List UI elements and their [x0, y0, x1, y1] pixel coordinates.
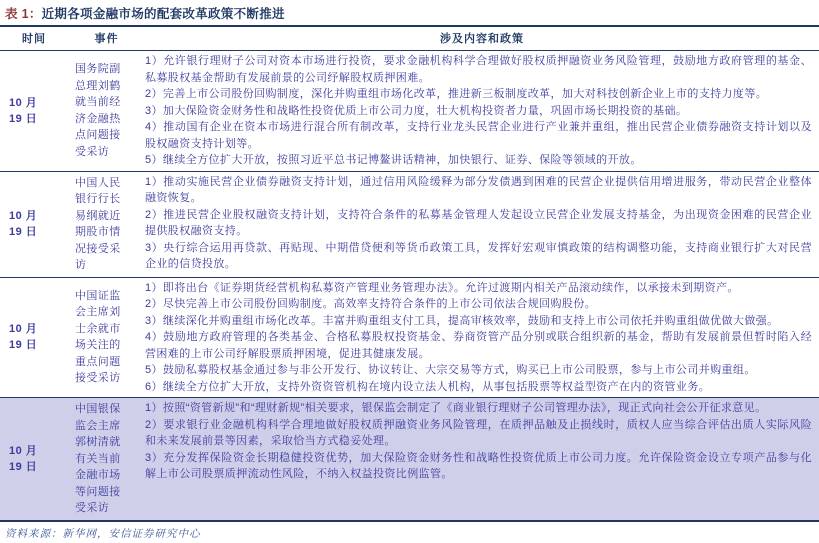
policy-item: 4）鼓励地方政府管理的各类基金、合格私募股权投资基金、券商资管产品分别或联合组织…: [145, 329, 812, 362]
table-header-row: 时间 事件 涉及内容和政策: [0, 27, 819, 51]
table-title: 表 1：近期各项金融市场的配套改革政策不断推进: [0, 0, 819, 27]
header-content: 涉及内容和政策: [145, 30, 819, 46]
event-text: 中国人民银行行长易纲就近期股市情况接受采访: [75, 175, 123, 274]
time-cell: 10 月 19 日: [0, 398, 68, 520]
time-month: 10 月: [9, 443, 68, 459]
policy-item: 3）充分发挥保险资金长期稳健投资优势，加大保险资金财务性和战略性投资优质上市公司…: [145, 450, 812, 483]
header-time: 时间: [0, 30, 68, 46]
time-month: 10 月: [9, 95, 68, 111]
policy-item: 2）推进民营企业股权融资支持计划，支持符合条件的私募基金管理人发起设立民营企业发…: [145, 207, 812, 240]
policy-item: 6）继续全方位扩大开放，支持外资资管机构在境内设立法人机构，从事包括股票等权益型…: [145, 379, 812, 396]
time-cell: 10 月 19 日: [0, 172, 68, 277]
source-note: 资料来源：新华网，安信证券研究中心: [0, 522, 819, 541]
event-cell: 中国证监会主席刘士余就市场关注的重点问题接受采访: [68, 278, 145, 398]
event-text: 国务院副总理刘鹤就当前经济金融热点问题接受采访: [75, 61, 123, 160]
header-event: 事件: [68, 30, 145, 46]
event-cell: 中国银保监会主席郭树清就有关当前金融市场等问题接受采访: [68, 398, 145, 520]
event-cell: 中国人民银行行长易纲就近期股市情况接受采访: [68, 172, 145, 277]
table-row: 10 月 19 日 中国证监会主席刘士余就市场关注的重点问题接受采访 1）即将出…: [0, 278, 819, 399]
time-cell: 10 月 19 日: [0, 278, 68, 398]
event-cell: 国务院副总理刘鹤就当前经济金融热点问题接受采访: [68, 51, 145, 171]
policy-item: 3）加大保险资金财务性和战略性投资优质上市公司力度，壮大机构投资者力量，巩固市场…: [145, 103, 812, 120]
time-month: 10 月: [9, 208, 68, 224]
content-cell: 1）允许银行理财子公司对资本市场进行投资，要求金融机构科学合理做好股权质押融资业…: [145, 51, 819, 171]
event-text: 中国证监会主席刘士余就市场关注的重点问题接受采访: [75, 288, 123, 387]
policy-item: 4）推动国有企业在资本市场进行混合所有制改革，支持行业龙头民营企业进行产业兼并重…: [145, 119, 812, 152]
table-number-label: 表 1：: [5, 7, 42, 21]
table-row: 10 月 19 日 国务院副总理刘鹤就当前经济金融热点问题接受采访 1）允许银行…: [0, 51, 819, 172]
policy-item: 2）完善上市公司股份回购制度，深化并购重组市场化改革，推进新三板制度改革，加大对…: [145, 86, 812, 103]
policy-item: 2）尽快完善上市公司股份回购制度。高效率支持符合条件的上市公司依法合规回购股份。: [145, 296, 812, 313]
content-cell: 1）推动实施民营企业债券融资支持计划，通过信用风险缓释为部分发债遇到困难的民营企…: [145, 172, 819, 277]
policy-item: 1）允许银行理财子公司对资本市场进行投资，要求金融机构科学合理做好股权质押融资业…: [145, 53, 812, 86]
research-report-table-page: 表 1：近期各项金融市场的配套改革政策不断推进 时间 事件 涉及内容和政策 10…: [0, 0, 819, 543]
table-row: 10 月 19 日 中国银保监会主席郭树清就有关当前金融市场等问题接受采访 1）…: [0, 398, 819, 520]
time-day: 19 日: [9, 111, 68, 127]
time-month: 10 月: [9, 321, 68, 337]
content-cell: 1）按照“资管新规”和“理财新规”相关要求，银保监会制定了《商业银行理财子公司管…: [145, 398, 819, 520]
policy-item: 1）按照“资管新规”和“理财新规”相关要求，银保监会制定了《商业银行理财子公司管…: [145, 400, 812, 417]
time-day: 19 日: [9, 224, 68, 240]
table-row: 10 月 19 日 中国人民银行行长易纲就近期股市情况接受采访 1）推动实施民营…: [0, 172, 819, 278]
table-title-text: 近期各项金融市场的配套改革政策不断推进: [42, 7, 285, 21]
event-text: 中国银保监会主席郭树清就有关当前金融市场等问题接受采访: [75, 401, 123, 517]
table-body: 10 月 19 日 国务院副总理刘鹤就当前经济金融热点问题接受采访 1）允许银行…: [0, 51, 819, 522]
policy-item: 1）即将出台《证券期货经营机构私募资产管理业务管理办法》。允许过渡期内相关产品滚…: [145, 280, 812, 297]
policy-item: 3）继续深化并购重组市场化改革。丰富并购重组支付工具，提高审核效率，鼓励和支持上…: [145, 313, 812, 330]
time-cell: 10 月 19 日: [0, 51, 68, 171]
time-day: 19 日: [9, 459, 68, 475]
policy-item: 3）央行综合运用再贷款、再贴现、中期借贷便利等货币政策工具，发挥好宏观审慎政策的…: [145, 240, 812, 273]
policy-item: 5）继续全方位扩大开放，按照习近平总书记博鳌讲话精神，加快银行、证券、保险等领域…: [145, 152, 812, 169]
policy-item: 5）鼓励私募股权基金通过参与非公开发行、协议转让、大宗交易等方式，购买已上市公司…: [145, 362, 812, 379]
content-cell: 1）即将出台《证券期货经营机构私募资产管理业务管理办法》。允许过渡期内相关产品滚…: [145, 278, 819, 398]
policy-item: 2）要求银行业金融机构科学合理地做好股权质押融资业务风险管理，在质押品触及止损线…: [145, 417, 812, 450]
time-day: 19 日: [9, 337, 68, 353]
policy-item: 1）推动实施民营企业债券融资支持计划，通过信用风险缓释为部分发债遇到困难的民营企…: [145, 174, 812, 207]
